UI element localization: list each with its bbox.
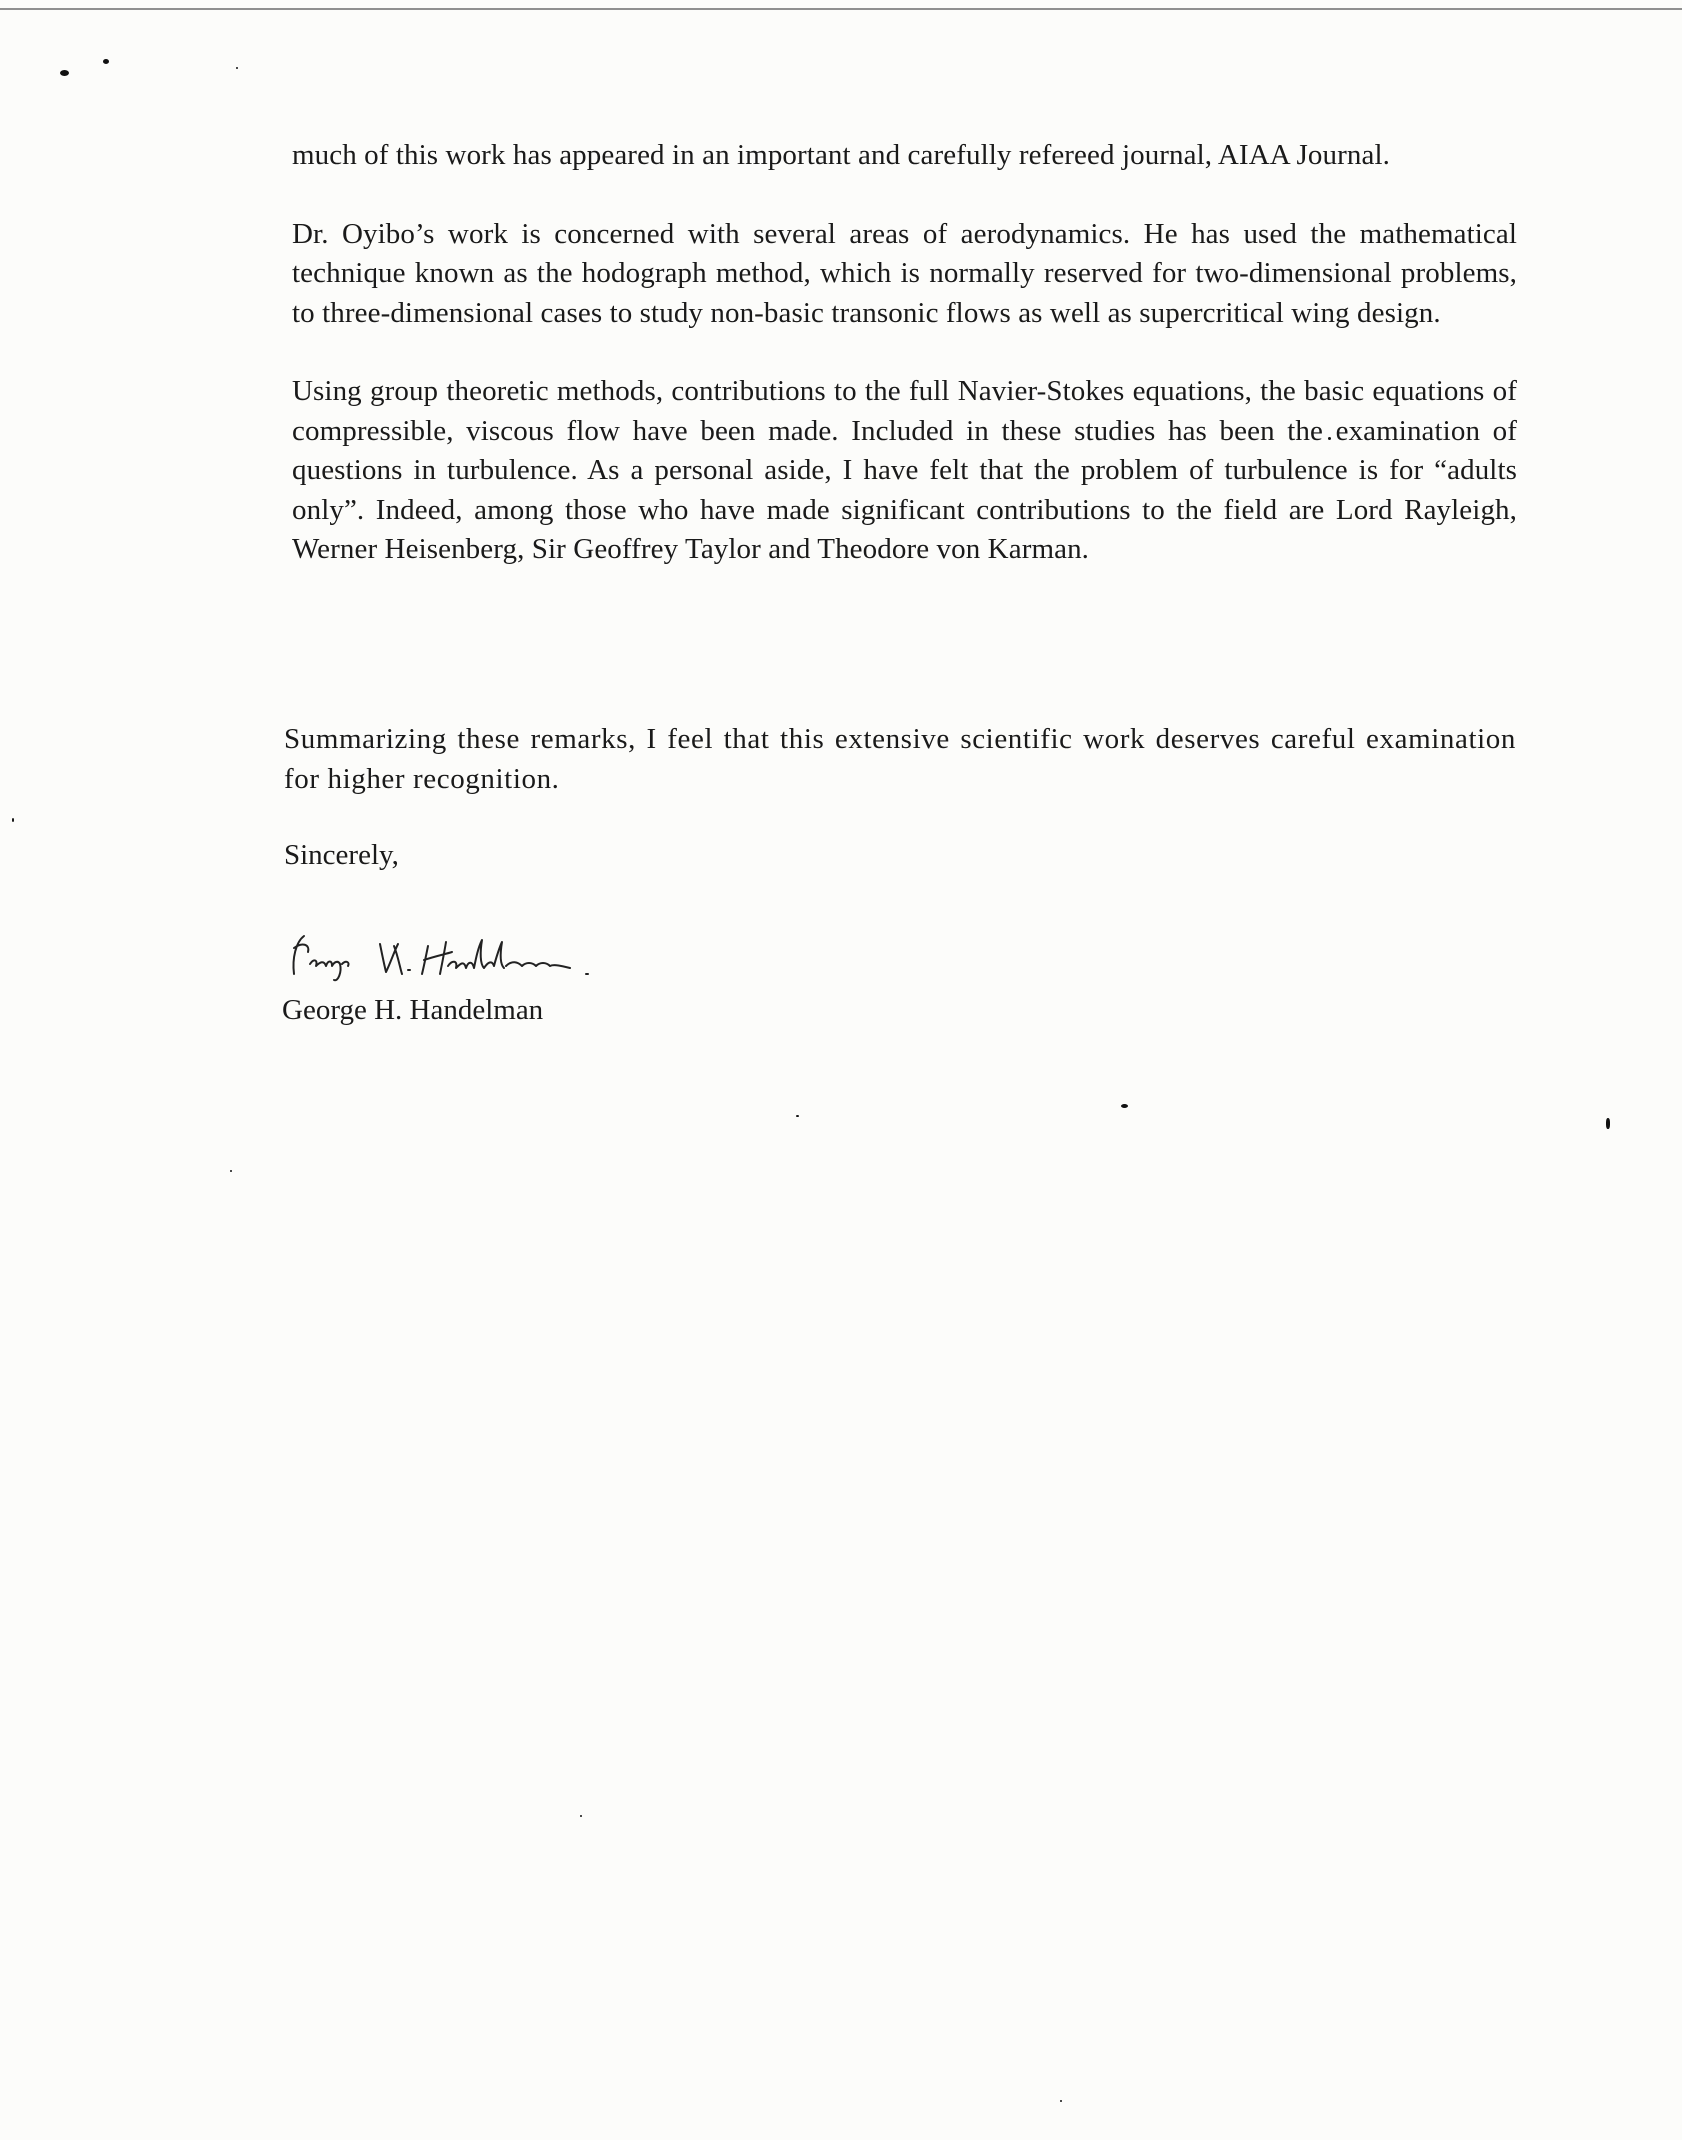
scan-top-edge <box>0 8 1682 10</box>
paragraph-navier-stokes: Using group theoretic methods, contribut… <box>292 372 1517 570</box>
paragraph-journal: much of this work has appeared in an imp… <box>292 136 1517 176</box>
signer-name: George H. Handelman <box>282 994 543 1027</box>
scan-speck <box>1606 1118 1610 1129</box>
scan-speck <box>12 818 14 822</box>
scan-speck <box>103 59 109 64</box>
paragraph-summary: Summarizing these remarks, I feel that t… <box>284 720 1516 799</box>
scan-speck <box>236 67 238 69</box>
scan-speck <box>1121 1104 1128 1108</box>
scanned-letter-page: much of this work has appeared in an imp… <box>0 0 1682 2140</box>
scan-speck <box>796 1115 799 1117</box>
letter-body: much of this work has appeared in an imp… <box>292 136 1517 570</box>
closing-salutation: Sincerely, <box>284 839 399 872</box>
paragraph-aerodynamics: Dr. Oyibo’s work is concerned with sever… <box>292 215 1517 334</box>
scan-speck <box>1060 2100 1062 2102</box>
scan-speck <box>580 1815 582 1817</box>
scan-speck <box>230 1170 232 1172</box>
signature-icon <box>286 928 686 988</box>
scan-speck <box>60 70 69 76</box>
handwritten-signature <box>286 928 686 988</box>
